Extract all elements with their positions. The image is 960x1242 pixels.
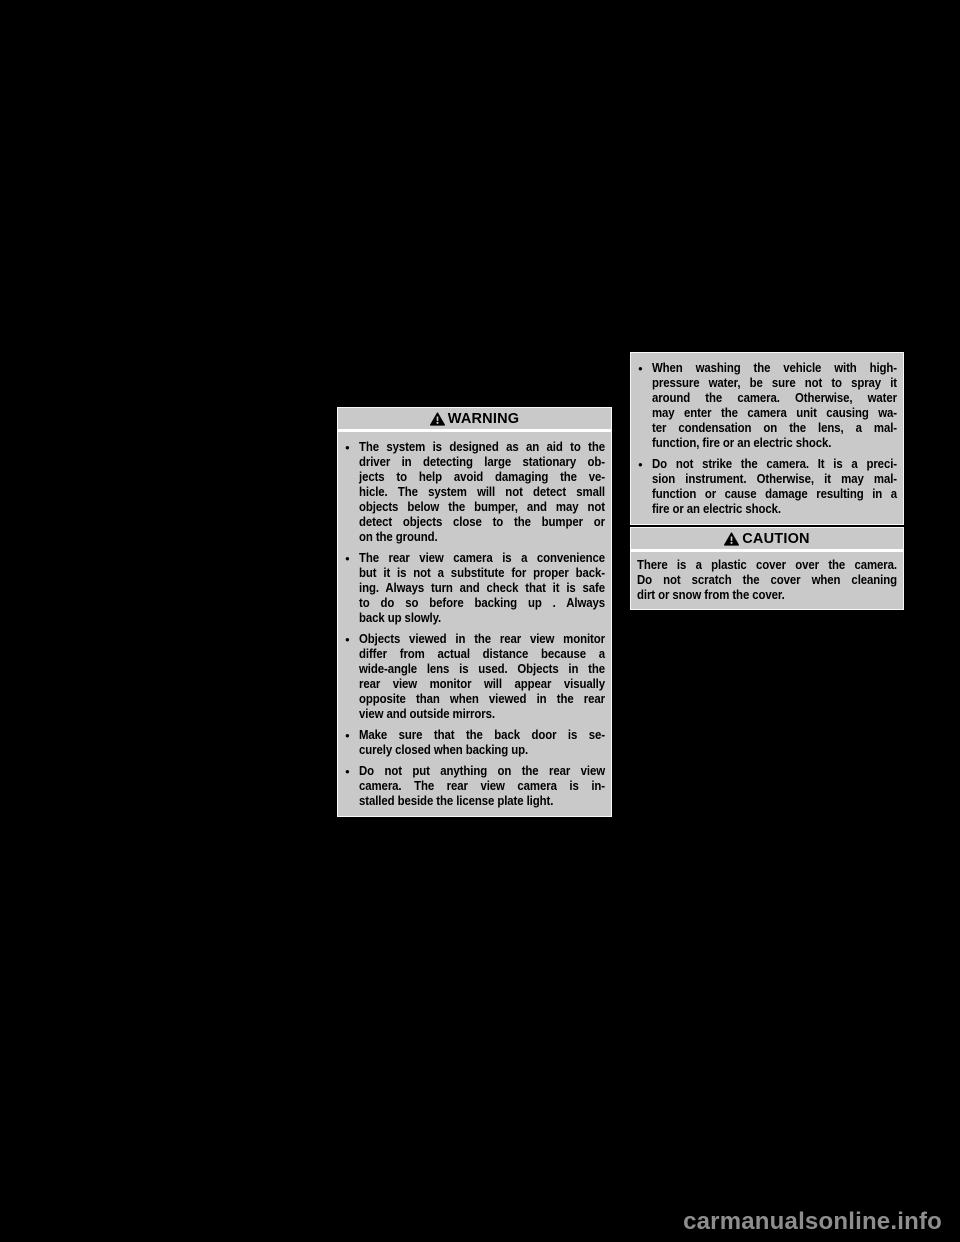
- text-line: wide-angle lens is used. Objects in the: [359, 661, 605, 676]
- warning-header: WARNING: [338, 408, 611, 432]
- text-line: fire or an electric shock.: [652, 501, 897, 516]
- text-line: on the ground.: [359, 529, 605, 544]
- text-line: When washing the vehicle with high-: [652, 360, 897, 375]
- caution-box: CAUTION There is a plastic cover over th…: [630, 527, 904, 610]
- text-line: hicle. The system will not detect small: [359, 484, 605, 499]
- bullet-icon: ●: [638, 360, 652, 450]
- list-item: ● The rear view camera is a convenience …: [345, 550, 605, 625]
- text-line: differ from actual distance because a: [359, 646, 605, 661]
- caution-title: CAUTION: [742, 531, 809, 547]
- bullet-icon: ●: [345, 550, 359, 625]
- text-line: dirt or snow from the cover.: [637, 587, 897, 602]
- text-line: driver in detecting large stationary ob-: [359, 454, 605, 469]
- text-line: ing. Always turn and check that it is sa…: [359, 580, 605, 595]
- notes-body: ● When washing the vehicle with high- pr…: [631, 353, 903, 524]
- text-line: camera. The rear view camera is in-: [359, 778, 605, 793]
- list-item: ● Do not put anything on the rear view c…: [345, 763, 605, 808]
- text-line: sion instrument. Otherwise, it may mal-: [652, 471, 897, 486]
- caution-body: There is a plastic cover over the camera…: [631, 552, 903, 609]
- bullet-icon: ●: [345, 631, 359, 721]
- text-line: ter condensation on the lens, a mal-: [652, 420, 897, 435]
- warning-body: ● The system is designed as an aid to th…: [338, 432, 611, 816]
- list-item: ● When washing the vehicle with high- pr…: [638, 360, 897, 450]
- warning-box: WARNING ● The system is designed as an a…: [337, 407, 612, 817]
- text-line: Do not put anything on the rear view: [359, 763, 605, 778]
- text-line: objects below the bumper, and may not: [359, 499, 605, 514]
- list-item: ● The system is designed as an aid to th…: [345, 439, 605, 544]
- warning-triangle-icon: [430, 412, 445, 426]
- text-line: view and outside mirrors.: [359, 706, 605, 721]
- text-line: opposite than when viewed in the rear: [359, 691, 605, 706]
- notes-box: ● When washing the vehicle with high- pr…: [630, 352, 904, 525]
- warning-triangle-icon: [724, 532, 739, 546]
- manual-page: WARNING ● The system is designed as an a…: [0, 0, 960, 1242]
- text-line: curely closed when backing up.: [359, 742, 605, 757]
- text-line: rear view monitor will appear visually: [359, 676, 605, 691]
- text-line: Do not strike the camera. It is a preci-: [652, 456, 897, 471]
- list-item: ● Do not strike the camera. It is a prec…: [638, 456, 897, 516]
- bullet-icon: ●: [345, 727, 359, 757]
- text-line: function or cause damage resulting in a: [652, 486, 897, 501]
- text-line: function, fire or an electric shock.: [652, 435, 897, 450]
- bullet-icon: ●: [345, 763, 359, 808]
- text-line: jects to help avoid damaging the ve-: [359, 469, 605, 484]
- warning-title: WARNING: [448, 411, 519, 427]
- text-line: back up slowly.: [359, 610, 605, 625]
- caution-header: CAUTION: [631, 528, 903, 552]
- text-line: to do so before backing up . Always: [359, 595, 605, 610]
- watermark: carmanualsonline.info: [683, 1208, 942, 1236]
- bullet-icon: ●: [638, 456, 652, 516]
- text-line: The system is designed as an aid to the: [359, 439, 605, 454]
- list-item: ● Objects viewed in the rear view monito…: [345, 631, 605, 721]
- list-item: ● Make sure that the back door is se- cu…: [345, 727, 605, 757]
- text-line: around the camera. Otherwise, water: [652, 390, 897, 405]
- text-line: stalled beside the license plate light.: [359, 793, 605, 808]
- text-line: Make sure that the back door is se-: [359, 727, 605, 742]
- text-line: pressure water, be sure not to spray it: [652, 375, 897, 390]
- text-line: The rear view camera is a convenience: [359, 550, 605, 565]
- text-line: There is a plastic cover over the camera…: [637, 557, 897, 572]
- text-line: may enter the camera unit causing wa-: [652, 405, 897, 420]
- bullet-icon: ●: [345, 439, 359, 544]
- text-line: detect objects close to the bumper or: [359, 514, 605, 529]
- text-line: Objects viewed in the rear view monitor: [359, 631, 605, 646]
- text-line: Do not scratch the cover when cleaning: [637, 572, 897, 587]
- text-line: but it is not a substitute for proper ba…: [359, 565, 605, 580]
